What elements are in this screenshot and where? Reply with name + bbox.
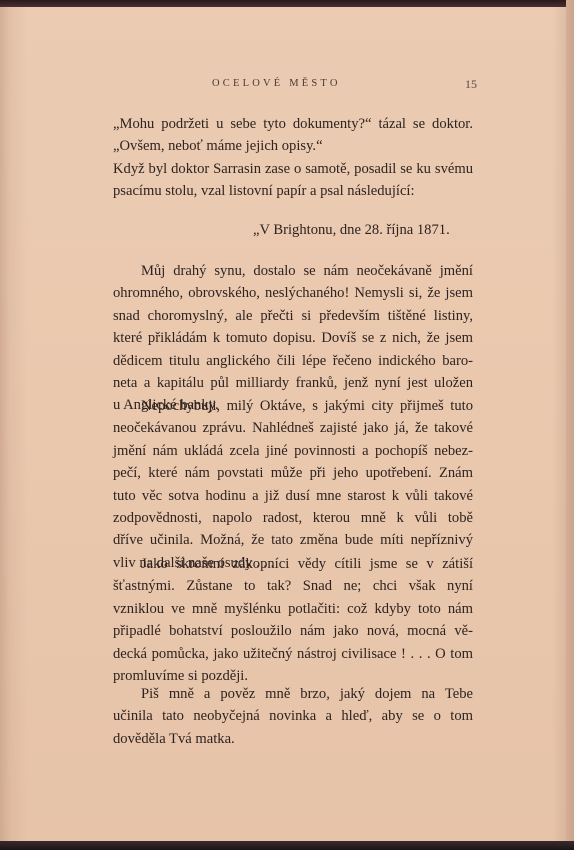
text-line: Jako skromní zákopníci vědy cítili jsme …	[113, 553, 473, 575]
book-page: OCELOVÉ MĚSTO 15 „Mohu podržeti u sebe t…	[0, 0, 574, 850]
text-line: šťastnými. Zůstane to tak? Snad ne; chci…	[113, 575, 473, 597]
page-right-edge	[566, 0, 574, 850]
running-header-title: OCELOVÉ MĚSTO	[212, 78, 341, 89]
text-line: jmění nám ukládá zcela jiné povinnosti a…	[113, 440, 473, 462]
text-line: Můj drahý synu, dostalo se nám neočekáva…	[113, 260, 473, 282]
scan-bottom-edge	[0, 841, 574, 850]
paragraph-1: Můj drahý synu, dostalo se nám neočekáva…	[113, 260, 473, 417]
text-line: neočekávanou zprávu. Nahlédneš zajisté j…	[113, 417, 473, 439]
text-line: dříve učinila. Možná, že tato změna bude…	[113, 529, 473, 551]
text-line: „Mohu podržeti u sebe tyto dokumenty?“ t…	[113, 113, 473, 135]
paragraph-3: Jako skromní zákopníci vědy cítili jsme …	[113, 553, 473, 687]
text-line: Piš mně a pověz mně brzo, jaký dojem na …	[113, 683, 473, 705]
text-line: vzniklou ve mně myšlénku potlačiti: což …	[113, 598, 473, 620]
running-header: OCELOVÉ MĚSTO 15	[0, 78, 574, 94]
text-line: Nepochybuji, milý Oktáve, s jakými city …	[113, 395, 473, 417]
text-line: neta a kapitálu půl milliardy franků, je…	[113, 372, 473, 394]
text-line: učinila tato neobyčejná novinka a hleď, …	[113, 705, 473, 727]
text-line: pečí, které nám povstati může při jeho u…	[113, 462, 473, 484]
text-line: Když byl doktor Sarrasin zase o samotě, …	[113, 158, 473, 180]
text-line: psacímu stolu, vzal listovní papír a psa…	[113, 180, 473, 202]
paragraph-4: Piš mně a pověz mně brzo, jaký dojem na …	[113, 683, 473, 750]
text-line: tuto věc sotva hodinu a již dusí mne sta…	[113, 485, 473, 507]
text-line: decká pomůcka, jako užitečný nástroj civ…	[113, 643, 473, 665]
text-line: dědicem titulu anglického čili lépe řeče…	[113, 350, 473, 372]
text-line: ohromného, obrovského, neslýchaného! Nem…	[113, 282, 473, 304]
text-line: snad choromyslný, ale přečti si předevší…	[113, 305, 473, 327]
page-number: 15	[465, 77, 477, 92]
paragraph-2: Nepochybuji, milý Oktáve, s jakými city …	[113, 395, 473, 574]
scan-top-edge	[0, 0, 574, 7]
letter-dateline: „V Brightonu, dne 28. října 1871.	[253, 222, 450, 239]
text-line: připadlé bohatství posloužilo nám jako n…	[113, 620, 473, 642]
text-line: dověděla Tvá matka.	[113, 728, 473, 750]
opening-lines: „Mohu podržeti u sebe tyto dokumenty?“ t…	[113, 113, 473, 203]
text-line: které přikládám k tomuto dopisu. Dovíš s…	[113, 327, 473, 349]
text-line: „Ovšem, neboť máme jejich opisy.“	[113, 135, 473, 157]
text-line: zodpovědnosti, napolo radost, kterou mně…	[113, 507, 473, 529]
